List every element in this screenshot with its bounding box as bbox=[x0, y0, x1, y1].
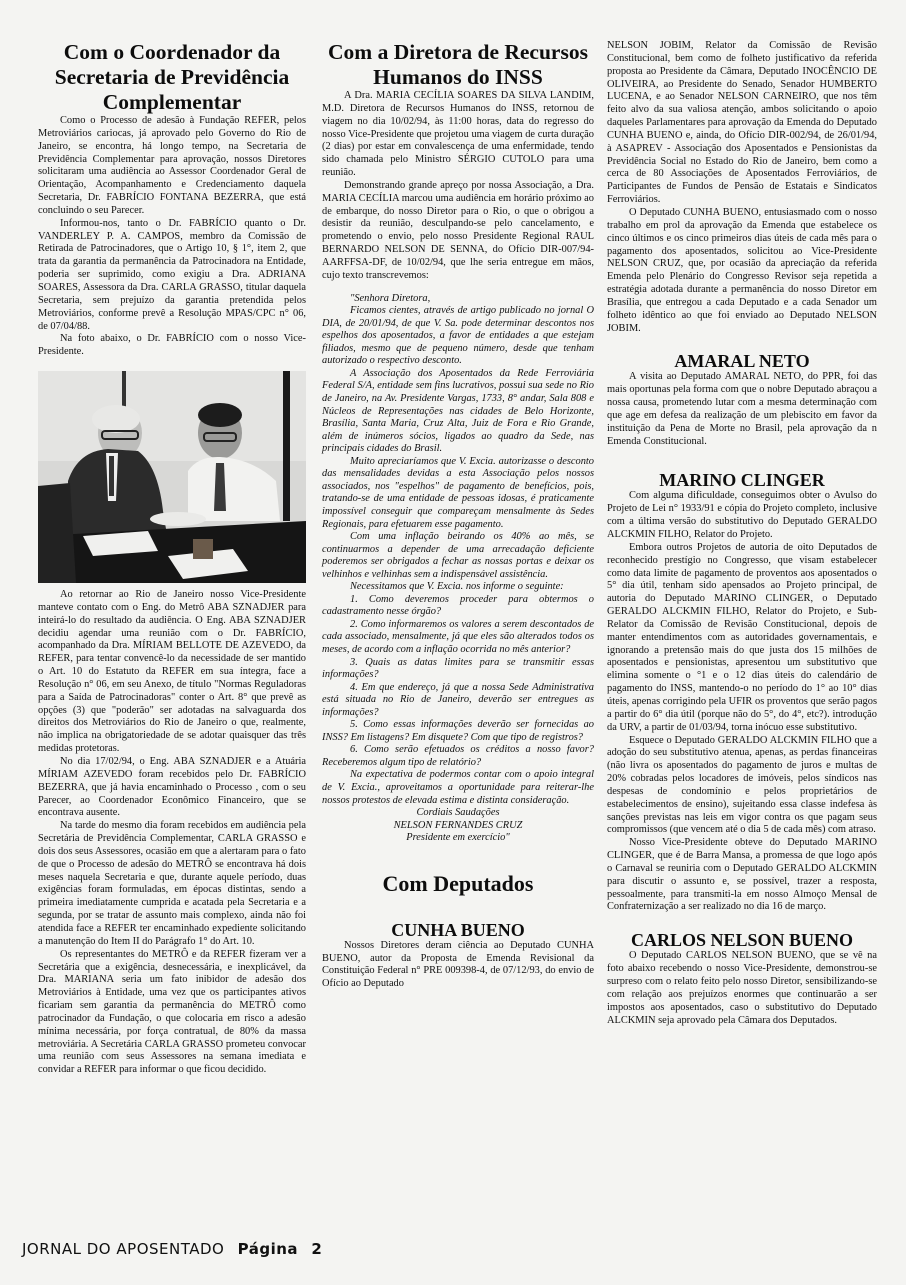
article-paragraph: Com alguma dificuldade, conseguimos obte… bbox=[607, 490, 877, 541]
article-paragraph: Embora outros Projetos de autoria de oit… bbox=[607, 542, 877, 735]
spacer bbox=[607, 448, 877, 470]
article-paragraph: Os representantes do METRÔ e da REFER fi… bbox=[38, 949, 306, 1077]
subhead-carlos-nelson-bueno: CARLOS NELSON BUENO bbox=[607, 930, 877, 950]
letter-paragraph: Necessitamos que V. Excia. nos informe o… bbox=[322, 581, 594, 594]
letter-paragraph: Ficamos cientes, através de artigo publi… bbox=[322, 305, 594, 368]
article-paragraph: A visita ao Deputado AMARAL NETO, do PPR… bbox=[607, 371, 877, 448]
letter-question: 6. Como serão efetuados os créditos a no… bbox=[322, 744, 594, 769]
letter-question: 1. Como deveremos proceder para obtermos… bbox=[322, 594, 594, 619]
article-paragraph: O Deputado CUNHA BUENO, entusiasmado com… bbox=[607, 207, 877, 335]
spacer bbox=[607, 335, 877, 351]
article-paragraph: No dia 17/02/94, o Eng. ABA SZNADJER e a… bbox=[38, 756, 306, 820]
column-1: Com o Coordenador da Secretaria de Previ… bbox=[38, 40, 306, 1077]
photo-meeting bbox=[38, 371, 306, 583]
letter-paragraph: Muito apreciaríamos que V. Excia. autori… bbox=[322, 456, 594, 531]
subhead-amaral-neto: AMARAL NETO bbox=[607, 351, 877, 371]
article-paragraph: NELSON JOBIM, Relator da Comissão de Rev… bbox=[607, 40, 877, 207]
letter-paragraph: Com uma inflação beirando os 40% ao mês,… bbox=[322, 531, 594, 581]
letter-question: 2. Como informaremos os valores a serem … bbox=[322, 619, 594, 657]
article-paragraph: Ao retornar ao Rio de Janeiro nosso Vice… bbox=[38, 589, 306, 756]
article-paragraph: A Dra. MARIA CECÍLIA SOARES DA SILVA LAN… bbox=[322, 90, 594, 180]
letter-signer: NELSON FERNANDES CRUZ bbox=[322, 820, 594, 833]
spacer bbox=[322, 845, 594, 871]
letter-closing: Cordiais Saudações bbox=[322, 807, 594, 820]
letter-question: 4. Em que endereço, já que a nossa Sede … bbox=[322, 682, 594, 720]
article-paragraph: Na tarde do mesmo dia foram recebidos em… bbox=[38, 820, 306, 948]
quoted-letter: "Senhora Diretora, Ficamos cientes, atra… bbox=[322, 293, 594, 845]
headline-coordenador: Com o Coordenador da Secretaria de Previ… bbox=[38, 40, 306, 115]
article-paragraph: Esquece o Deputado GERALDO ALCKMIN FILHO… bbox=[607, 735, 877, 838]
photo-two-men-at-desk-icon bbox=[38, 371, 306, 583]
letter-paragraph: A Associação dos Aposentados da Rede Fer… bbox=[322, 368, 594, 456]
letter-salutation: "Senhora Diretora, bbox=[322, 293, 594, 306]
article-paragraph: Como o Processo de adesão à Fundação REF… bbox=[38, 115, 306, 218]
letter-question: 5. Como essas informações deverão ser fo… bbox=[322, 719, 594, 744]
newspaper-page: Com o Coordenador da Secretaria de Previ… bbox=[0, 0, 906, 1285]
letter-paragraph: Na expectativa de podermos contar com o … bbox=[322, 769, 594, 807]
headline-com-deputados: Com Deputados bbox=[322, 871, 594, 896]
article-paragraph: Informou-nos, tanto o Dr. FABRÍCIO quant… bbox=[38, 218, 306, 334]
article-paragraph: Na foto abaixo, o Dr. FABRÍCIO com o nos… bbox=[38, 333, 306, 359]
letter-question: 3. Quais as datas limites para se transm… bbox=[322, 657, 594, 682]
article-paragraph: Nossos Diretores deram ciência ao Deputa… bbox=[322, 940, 594, 991]
article-paragraph: O Deputado CARLOS NELSON BUENO, que se v… bbox=[607, 950, 877, 1027]
spacer bbox=[322, 283, 594, 293]
headline-diretora-inss: Com a Diretora de Recursos Humanos do IN… bbox=[322, 40, 594, 90]
article-paragraph: Nosso Vice-Presidente obteve do Deputado… bbox=[607, 837, 877, 914]
subhead-cunha-bueno: CUNHA BUENO bbox=[322, 920, 594, 940]
spacer bbox=[322, 896, 594, 920]
page-footer: JORNAL DO APOSENTADO Página 2 bbox=[22, 1240, 322, 1258]
spacer bbox=[607, 914, 877, 930]
publication-name: JORNAL DO APOSENTADO bbox=[22, 1240, 224, 1258]
page-label: Página bbox=[238, 1240, 298, 1258]
letter-signer-title: Presidente em exercício" bbox=[322, 832, 594, 845]
page-number: 2 bbox=[311, 1240, 322, 1258]
subhead-marino-clinger: MARINO CLINGER bbox=[607, 470, 877, 490]
column-3: NELSON JOBIM, Relator da Comissão de Rev… bbox=[607, 40, 877, 1027]
article-paragraph: Demonstrando grande apreço por nossa Ass… bbox=[322, 180, 594, 283]
column-2: Com a Diretora de Recursos Humanos do IN… bbox=[322, 40, 594, 991]
